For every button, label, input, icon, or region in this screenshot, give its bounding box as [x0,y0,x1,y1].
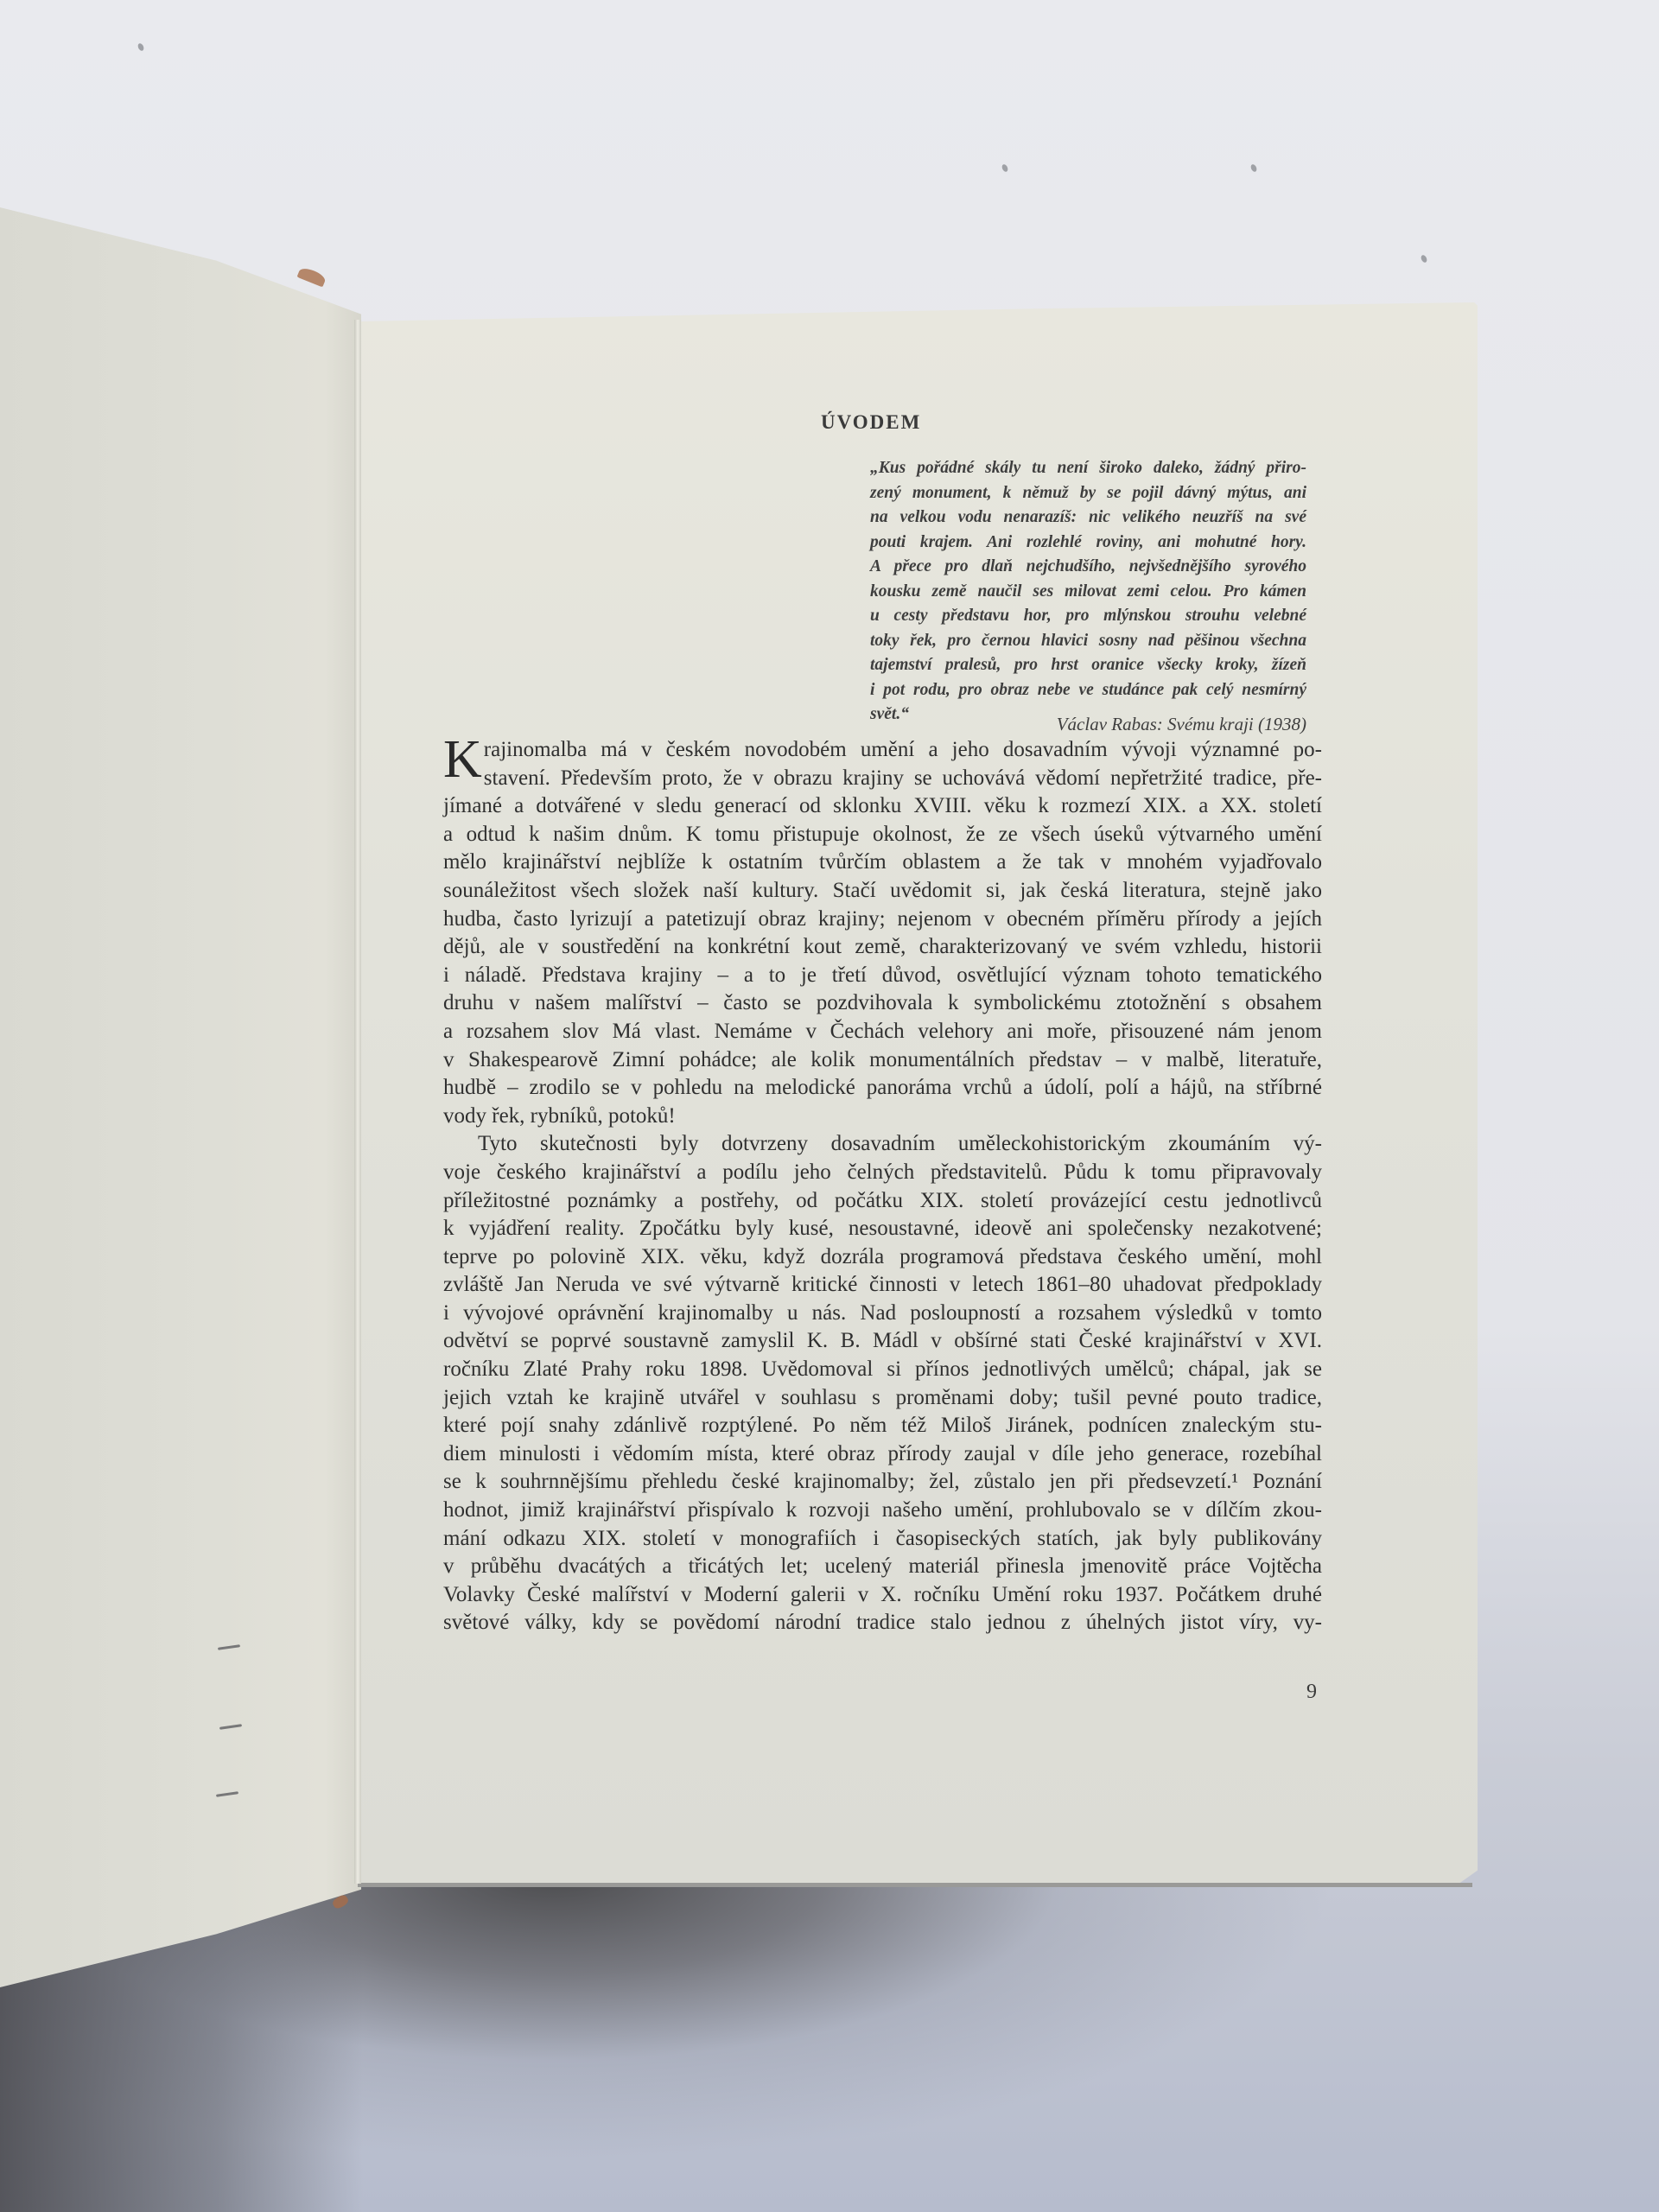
text-line: i náladě. Představa krajiny – a to je tř… [443,962,1322,990]
text-line: i vývojové oprávnění krajinomalby u nás.… [443,1300,1322,1328]
text-line: se k souhrnnějšímu přehledu české krajin… [443,1468,1322,1497]
text-line: příležitostné poznámky a postřehy, od po… [443,1187,1322,1216]
epigraph-quote: „Kus pořádné skály tu není široko daleko… [870,456,1306,728]
quote-line: tajemství pralesů, pro hrst oranice všec… [870,653,1306,678]
text-line: stavení. Především proto, že v obrazu kr… [443,765,1322,793]
body-text: K rajinomalba má v českém novodobém uměn… [443,736,1322,1637]
text-line: odvětví se poprvé soustavně zamyslil K. … [443,1327,1322,1356]
quote-attribution: Václav Rabas: Svému kraji (1938) [870,714,1306,735]
quote-line: „Kus pořádné skály tu není široko daleko… [870,456,1306,481]
text-line: dějů, ale v soustředění na konkrétní kou… [443,933,1322,962]
text-line: mání odkazu XIX. století v monografiích … [443,1525,1322,1554]
drop-cap: K [443,738,482,781]
text-line: druhu v našem malířství – často se pozdv… [443,989,1322,1018]
text-line: a odtud k našim dnům. K tomu přistupuje … [443,821,1322,849]
text-line: hudbě – zrodilo se v pohledu na melodick… [443,1074,1322,1103]
book-gutter [354,320,361,1884]
text-line: jímané a dotvářené v sledu generací od s… [443,792,1322,821]
text-line: voje českého krajinářství a podílu jeho … [443,1159,1322,1187]
quote-line: u cesty představu hor, pro mlýnskou stro… [870,604,1306,629]
text-line: rajinomalba má v českém novodobém umění … [443,736,1322,765]
text-line: mělo krajinářství nejblíže k ostatním tv… [443,849,1322,877]
text-line: zvláště Jan Neruda ve své výtvarně kriti… [443,1271,1322,1300]
text-line: teprve po polovině XIX. věku, když dozrá… [443,1243,1322,1272]
text-line: Volavky České malířství v Moderní galeri… [443,1581,1322,1610]
text-line: ročníku Zlaté Prahy roku 1898. Uvědomova… [443,1356,1322,1384]
left-page [0,207,361,1987]
chapter-heading: ÚVODEM [821,411,921,434]
quote-line: zený monument, k němuž by se pojil dávný… [870,481,1306,506]
text-line: hodnot, jimiž krajinářství přispívalo k … [443,1497,1322,1525]
text-line: jejich vztah ke krajině utvářel v souhla… [443,1384,1322,1413]
page-edge [358,1883,1472,1887]
quote-line: kousku země naučil ses milovat zemi celo… [870,580,1306,605]
text-line: v Shakespearově Zimní pohádce; ale kolik… [443,1046,1322,1075]
text-line: které pojí snahy zdánlivě rozptýlené. Po… [443,1412,1322,1440]
text-line: Tyto skutečnosti byly dotvrzeny dosavadn… [443,1130,1322,1159]
text-line: a rozsahem slov Má vlast. Nemáme v Čechá… [443,1018,1322,1046]
text-line: vody řek, rybníků, potoků! [443,1103,1322,1131]
text-line: sounáležitost všech složek naší kultury.… [443,877,1322,906]
quote-line: na velkou vodu nenarazíš: nic velikého n… [870,505,1306,531]
page-number: 9 [1306,1681,1317,1704]
quote-line: i pot rodu, pro obraz nebe ve studánce p… [870,678,1306,703]
text-line: světové války, kdy se povědomí národní t… [443,1609,1322,1637]
text-line: diem minulosti i vědomím místa, které ob… [443,1440,1322,1469]
text-line: v průběhu dvacátých a třicátých let; uce… [443,1553,1322,1581]
quote-line: pouti krajem. Ani rozlehlé roviny, ani m… [870,531,1306,556]
quote-line: toky řek, pro černou hlavici sosny nad p… [870,629,1306,654]
text-line: hudba, často lyrizují a patetizují obraz… [443,906,1322,934]
quote-line: A přece pro dlaň nejchudšího, nejvšedněj… [870,555,1306,580]
text-line: k vyjádření reality. Zpočátku byly kusé,… [443,1215,1322,1243]
